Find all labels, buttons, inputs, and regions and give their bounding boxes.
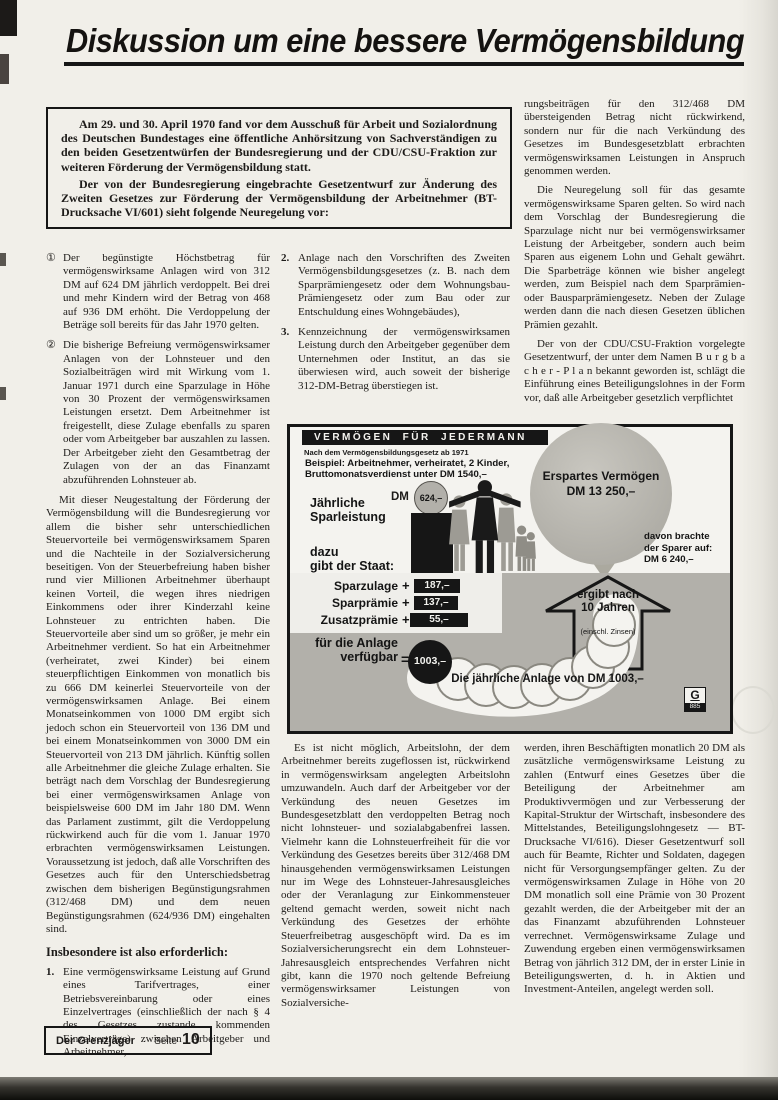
infographic-lower-panel: Sparzulage + 187,– Sparprämie + 137,– Zu… — [290, 573, 730, 731]
intro-paragraph: Am 29. und 30. April 1970 fand vor dem A… — [61, 117, 497, 174]
infographic-upper-panel: VERMÖGEN FÜR JEDERMANN Nach dem Vermögen… — [290, 427, 730, 573]
left-column: ① Der begünstigte Höchstbetrag für vermö… — [46, 252, 270, 1067]
right-column-top: rungsbeiträgen für den 312/468 DM überst… — [524, 98, 745, 411]
item-text: Anlage nach den Vorschriften des Zweiten… — [298, 252, 510, 318]
saving-label: Jährliche Sparleistung — [310, 497, 386, 525]
globus-logo: G 885 — [684, 687, 706, 712]
row-value: 137,– — [414, 596, 458, 610]
page-title: Diskussion um eine bessere Vermögensbild… — [66, 22, 744, 60]
item-text: Die bisherige Befreiung vermögenswirksam… — [63, 339, 270, 485]
state-label: dazu gibt der Staat: — [310, 546, 394, 574]
item-text: Der begünstigte Höchstbetrag für vermöge… — [63, 252, 270, 331]
body-paragraph: Es ist nicht möglich, Arbeitslohn, der d… — [281, 742, 510, 1010]
example-line: Beispiel: Arbeitnehmer, verheiratet, 2 K… — [305, 458, 509, 469]
row-operator: + — [402, 578, 410, 593]
family-figures-icon — [448, 477, 536, 573]
body-paragraph: rungsbeiträgen für den 312/468 DM überst… — [524, 98, 745, 178]
arrow-text: ergibt nach 10 Jahren (einschl. Zinsen) — [560, 589, 656, 636]
newspaper-page: Diskussion um eine bessere Vermögensbild… — [0, 0, 778, 1100]
item-text: Kennzeichnung der vermögenswirksamen Lei… — [298, 326, 510, 392]
numbered-item: 2. Anlage nach den Vorschriften des Zwei… — [281, 252, 510, 319]
print-mark — [0, 253, 6, 266]
section-subheading: Insbesondere ist also erforderlich: — [46, 946, 270, 959]
item-marker: 1. — [46, 966, 54, 979]
row-operator: + — [402, 612, 410, 627]
headline-rule — [64, 62, 744, 66]
page-number: 10 — [182, 1031, 200, 1049]
footer-separator: · — [143, 1036, 146, 1047]
infographic-title-bar: VERMÖGEN FÜR JEDERMANN — [302, 430, 548, 445]
middle-column-bottom: Es ist nicht möglich, Arbeitslohn, der d… — [281, 742, 510, 1016]
item-marker: ② — [46, 339, 56, 352]
item-marker: 2. — [281, 252, 289, 265]
item-marker: 3. — [281, 326, 289, 339]
row-label: Sparprämie — [290, 596, 398, 610]
item-marker: ① — [46, 252, 56, 265]
infographic-vermoegen-fuer-jedermann: VERMÖGEN FÜR JEDERMANN Nach dem Vermögen… — [287, 424, 733, 734]
saving-value-circle: 624,– — [414, 481, 448, 515]
chain-caption: Die jährliche Anlage von DM 1003,– — [440, 673, 655, 685]
stamp-mark — [731, 686, 775, 734]
print-mark — [0, 54, 9, 84]
right-column-bottom: werden, ihren Beschäftigten monatlich 20… — [524, 742, 745, 1003]
numbered-item: ② Die bisherige Befreiung vermögenswirks… — [46, 339, 270, 486]
saver-share-note: davon brachte der Sparer auf: DM 6 240,– — [644, 531, 712, 566]
body-paragraph: Die Neuregelung soll für das gesamte ver… — [524, 184, 745, 331]
middle-column-top: 2. Anlage nach den Vorschriften des Zwei… — [281, 252, 510, 400]
scan-bottom-edge — [0, 1077, 778, 1100]
saving-bar — [411, 513, 453, 573]
row-label: Zusatzprämie — [290, 613, 398, 627]
numbered-item: ① Der begünstigte Höchstbetrag für vermö… — [46, 252, 270, 332]
infographic-subtitle: Nach dem Vermögensbildungsgesetz ab 1971 — [304, 448, 469, 457]
total-value: 1003,– — [408, 655, 452, 667]
print-mark — [0, 0, 17, 36]
print-mark — [0, 387, 6, 400]
intro-box: Am 29. und 30. April 1970 fand vor dem A… — [46, 107, 512, 229]
body-paragraph: werden, ihren Beschäftigten monatlich 20… — [524, 742, 745, 997]
body-paragraph: Der von der CDU/CSU-Fraktion vorgelegte … — [524, 338, 745, 405]
row-label: Sparzulage — [290, 579, 398, 593]
row-value: 55,– — [410, 613, 468, 627]
row-operator: + — [402, 595, 410, 610]
currency-label: DM — [391, 491, 409, 503]
publication-name: Der Grenzjäger — [56, 1035, 135, 1047]
numbered-item: 3. Kennzeichnung der vermögenswirksamen … — [281, 326, 510, 393]
intro-paragraph: Der von der Bundesregierung eingebrachte… — [61, 177, 497, 220]
result-circle-text: Erspartes Vermögen DM 13 250,– — [530, 469, 672, 499]
page-label: Seite — [154, 1036, 177, 1047]
row-value: 187,– — [414, 579, 460, 593]
page-footer: Der Grenzjäger · Seite 10 — [44, 1026, 212, 1055]
body-paragraph: Mit dieser Neugestaltung der Förderung d… — [46, 494, 270, 936]
total-label: für die Anlage verfügbar — [290, 637, 398, 664]
